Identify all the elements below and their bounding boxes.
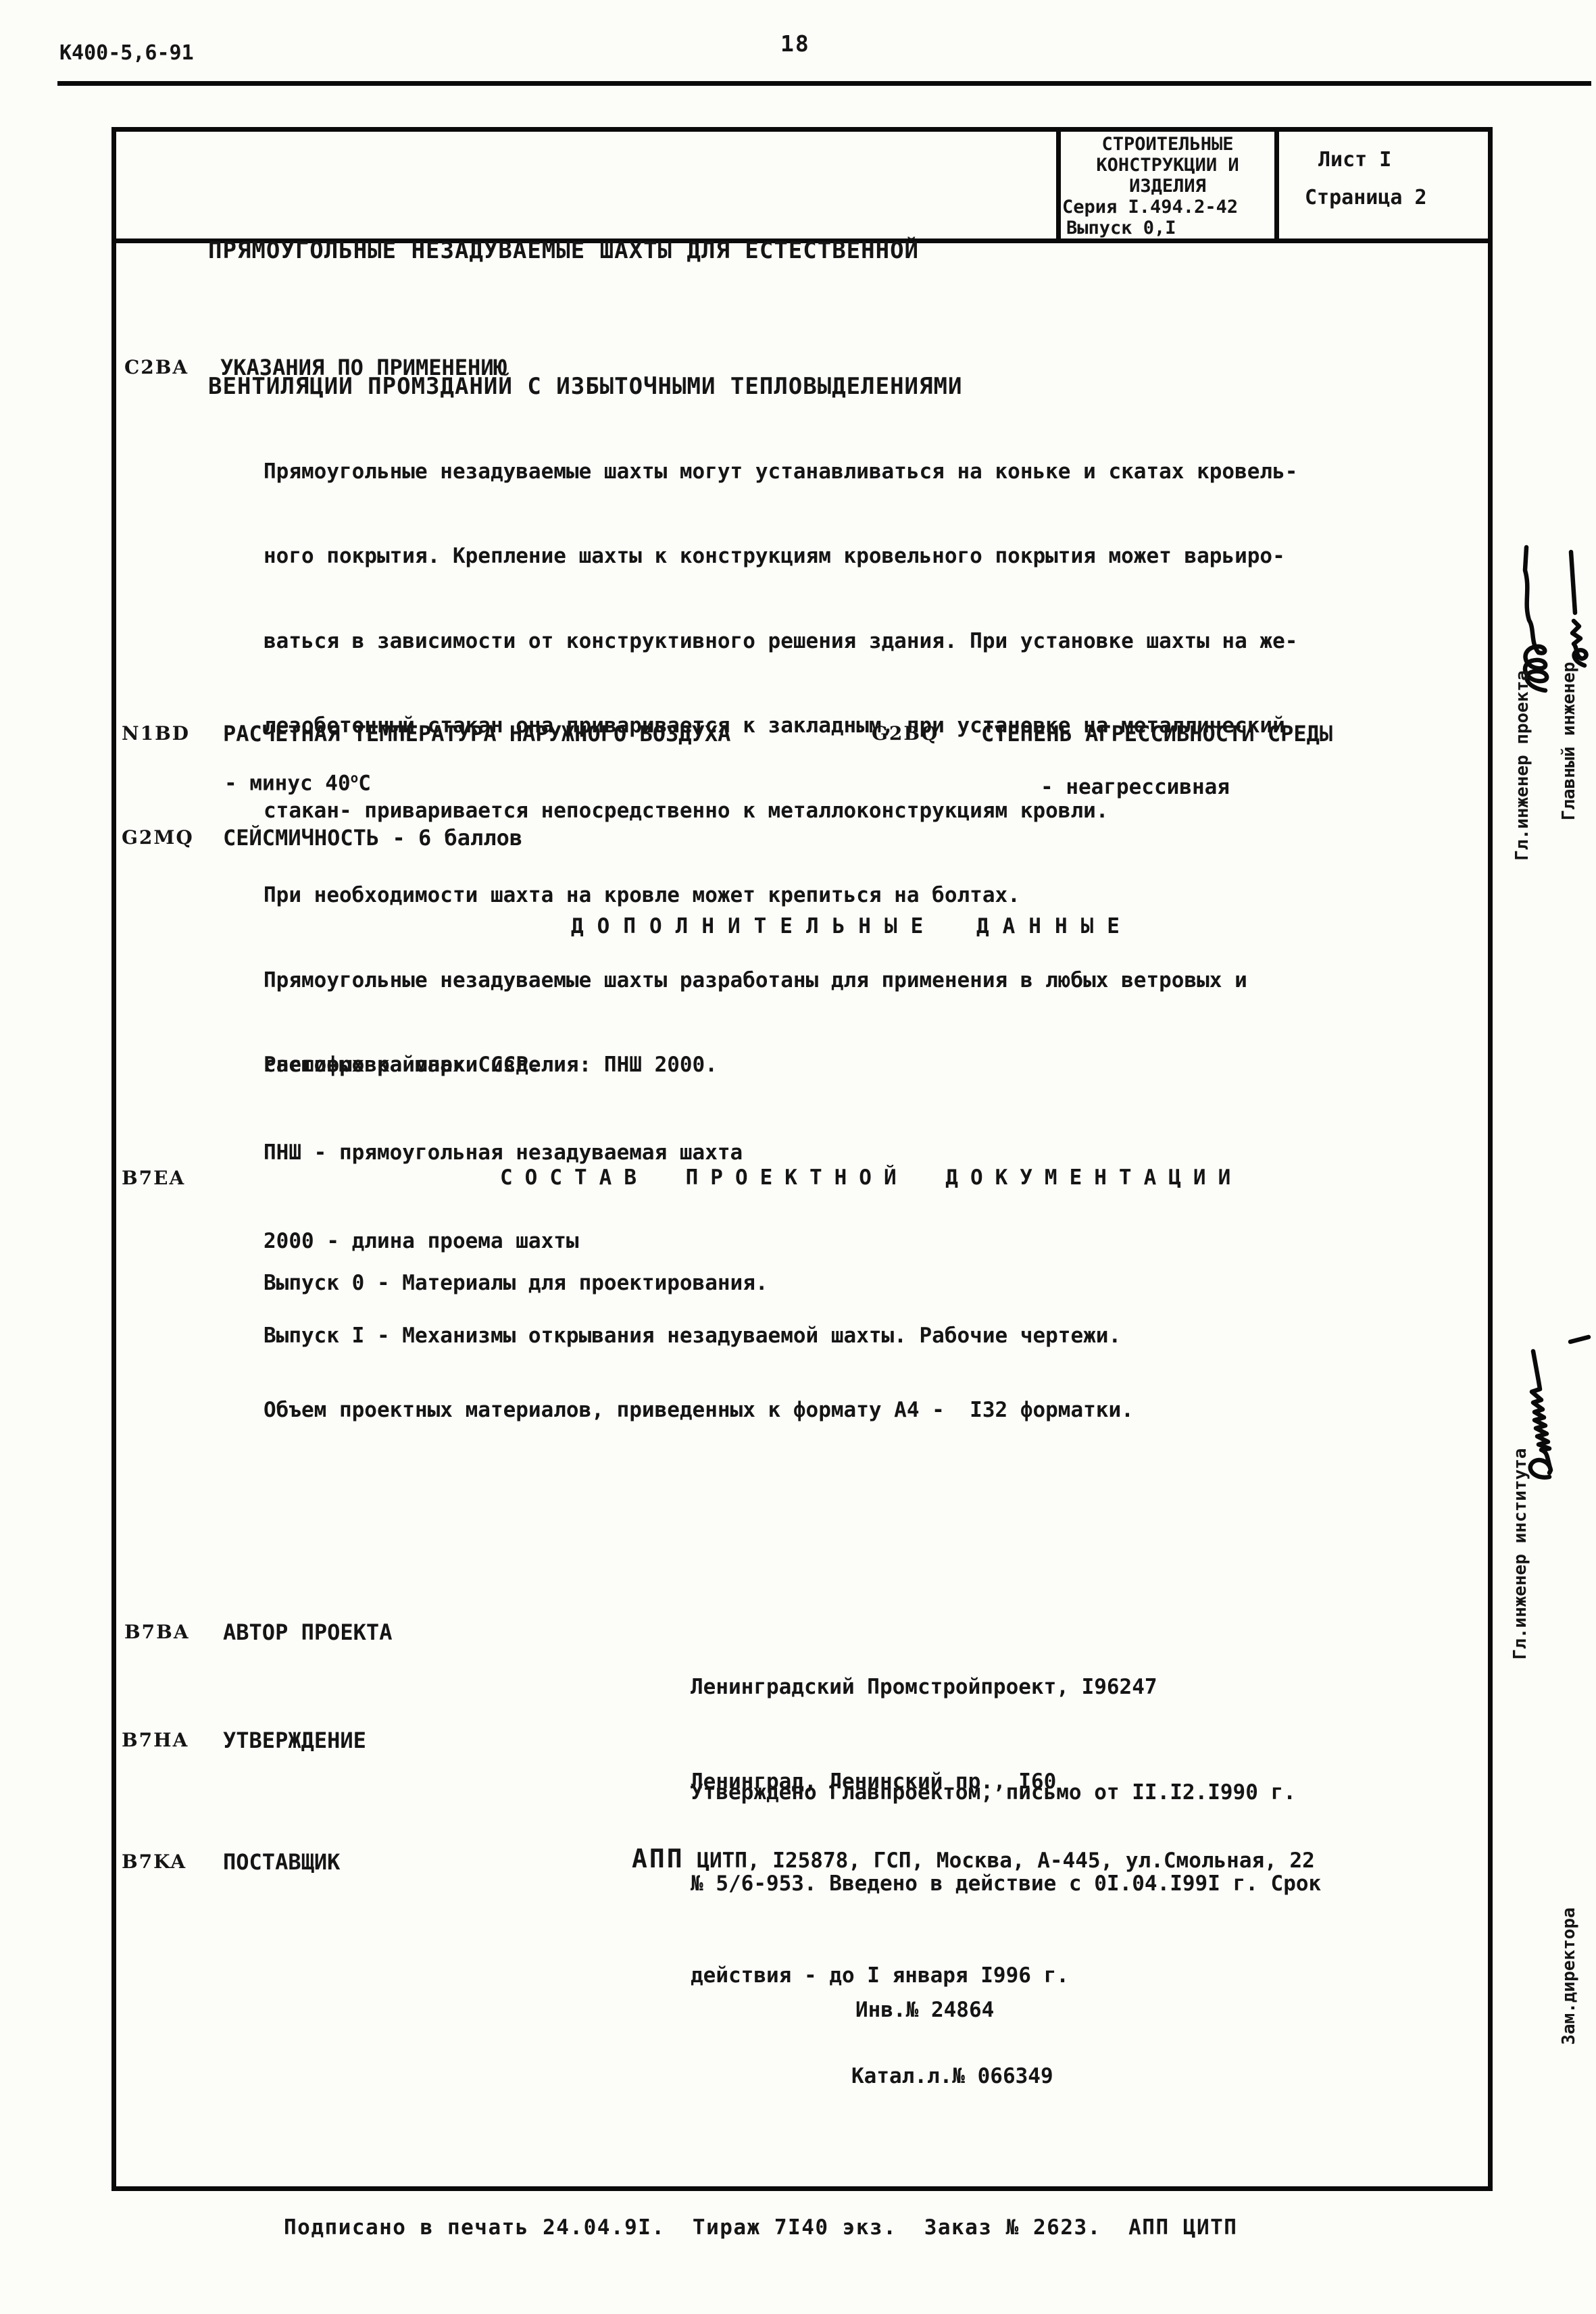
usage-line: Прямоугольные незадуваемые шахты могут у…	[264, 455, 1297, 488]
doc-code: К400-5,6-91	[59, 41, 194, 66]
inventory-number: Инв.№ 24864	[855, 1997, 994, 2023]
section-title-aggressiveness: СТЕПЕНЬ АГРЕССИВНОСТИ СРЕДЫ	[981, 720, 1332, 747]
category-line2: КОНСТРУКЦИИ И	[1061, 155, 1274, 176]
section-code-temperature: N1BD	[122, 722, 190, 745]
signature-project-engineer	[1525, 547, 1547, 690]
imprint-line: Подписано в печать 24.04.9I. Тираж 7I40 …	[284, 2215, 1237, 2241]
usage-line: При необходимости шахта на кровле может …	[264, 879, 1297, 911]
series-label: Серия I.494.2-42	[1061, 197, 1274, 218]
category-line1: СТРОИТЕЛЬНЫЕ	[1061, 134, 1274, 155]
usage-line: Прямоугольные незадуваемые шахты разрабо…	[264, 964, 1297, 997]
temperature-value-text: - минус 40	[224, 771, 351, 795]
catalog-number: Катал.л.№ 066349	[851, 2063, 1053, 2090]
role-chief-engineer: Главный инженер	[1559, 662, 1579, 821]
section-title-approval: УТВЕРЖДЕНИЕ	[223, 1727, 366, 1754]
additional-line: 2000 - длина проема шахты	[264, 1224, 743, 1259]
document-page: К400-5,6-91 18 ПРЯМОУГОЛЬНЫЕ НЕЗАДУВАЕМЫ…	[0, 0, 1596, 2314]
signature-mid-cluster	[1493, 1317, 1596, 1486]
section-title-supplier: ПОСТАВЩИК	[223, 1848, 340, 1876]
usage-line: ного покрытия. Крепление шахты к констру…	[264, 540, 1297, 572]
issue-label: Выпуск 0,I	[1061, 218, 1274, 238]
section-code-usage: C2BA	[124, 355, 189, 379]
section-title-seismicity: СЕЙСМИЧНОСТЬ - 6 баллов	[223, 824, 522, 851]
docs-line-volume: Объем проектных материалов, приведенных …	[264, 1397, 1134, 1424]
section-code-approval: B7HA	[122, 1728, 189, 1752]
signature-top-cluster	[1493, 513, 1596, 703]
docs-heading: СОСТАВ ПРОЕКТНОЙ ДОКУМЕНТАЦИИ	[500, 1165, 1243, 1191]
top-rule	[57, 81, 1591, 86]
additional-data-heading: ДОПОЛНИТЕЛЬНЫЕ ДАННЫЕ	[571, 913, 1133, 940]
sheet-box: Лист I Страница 2	[1274, 127, 1493, 243]
approval-line: Утверждено Главпроектом, письмо от II.I2…	[691, 1773, 1321, 1812]
category-box: СТРОИТЕЛЬНЫЕ КОНСТРУКЦИИ И ИЗДЕЛИЯ Серия…	[1056, 127, 1279, 243]
supplier-address: ЦИТП, I25878, ГСП, Москва, А-445, ул.Смо…	[697, 1848, 1315, 1873]
aggressiveness-value: - неагрессивная	[1041, 774, 1230, 801]
temperature-unit: С	[358, 771, 371, 795]
section-title-usage: УКАЗАНИЯ ПО ПРИМЕНЕНИЮ	[220, 354, 507, 381]
role-institute-engineer: Гл.инженер института	[1510, 1448, 1530, 1659]
page-number: 18	[780, 30, 810, 57]
docs-line-issue1: Выпуск I - Механизмы открывания незадува…	[264, 1323, 1121, 1349]
section-title-temperature: РАСЧЕТНАЯ ТЕМПЕРАТУРА НАРУЖНОГО ВОЗДУХА	[223, 720, 730, 747]
signature-institute-engineer	[1530, 1351, 1551, 1478]
sheet-page-label: Страница 2	[1305, 179, 1488, 217]
signature-chief-engineer	[1572, 621, 1587, 665]
role-deputy-director: Зам.директора	[1559, 1907, 1579, 2045]
usage-line: ваться в зависимости от конструктивного …	[264, 625, 1297, 657]
approval-value: Утверждено Главпроектом, письмо от II.I2…	[691, 1720, 1321, 2047]
section-code-docs: B7EA	[122, 1166, 185, 1190]
category-line3: ИЗДЕЛИЯ	[1061, 176, 1274, 197]
additional-line: Расшифровка марки изделия: ПНШ 2000.	[264, 1047, 743, 1083]
additional-data-block: Расшифровка марки изделия: ПНШ 2000. ПНШ…	[264, 995, 743, 1311]
supplier-value: АПП ЦИТП, I25878, ГСП, Москва, А-445, ул…	[632, 1843, 1315, 1876]
section-code-supplier: B7KA	[122, 1850, 186, 1873]
signature-institute-dash	[1570, 1337, 1589, 1342]
role-project-engineer: Гл.инженер проекта	[1512, 670, 1532, 861]
section-code-seismicity: G2MQ	[122, 826, 194, 849]
degree-mark: о	[351, 770, 359, 786]
document-title-line1: ПРЯМОУГОЛЬНЫЕ НЕЗАДУВАЕМЫЕ ШАХТЫ ДЛЯ ЕСТ…	[208, 228, 962, 274]
temperature-value: - минус 40оС	[224, 770, 371, 797]
supplier-org: АПП	[632, 1844, 684, 1873]
docs-line-issue0: Выпуск 0 - Материалы для проектирования.	[264, 1270, 768, 1297]
section-code-aggressiveness: G2BQ	[872, 722, 939, 745]
section-title-author: АВТОР ПРОЕКТА	[223, 1619, 392, 1646]
sheet-label: Лист I	[1318, 141, 1488, 179]
author-line: Ленинградский Промстройпроект, I96247	[691, 1666, 1157, 1709]
signature-chief-engineer-dash	[1571, 552, 1575, 613]
section-code-author: B7BA	[124, 1620, 190, 1644]
approval-line: действия - до I января I996 г.	[691, 1956, 1321, 1995]
